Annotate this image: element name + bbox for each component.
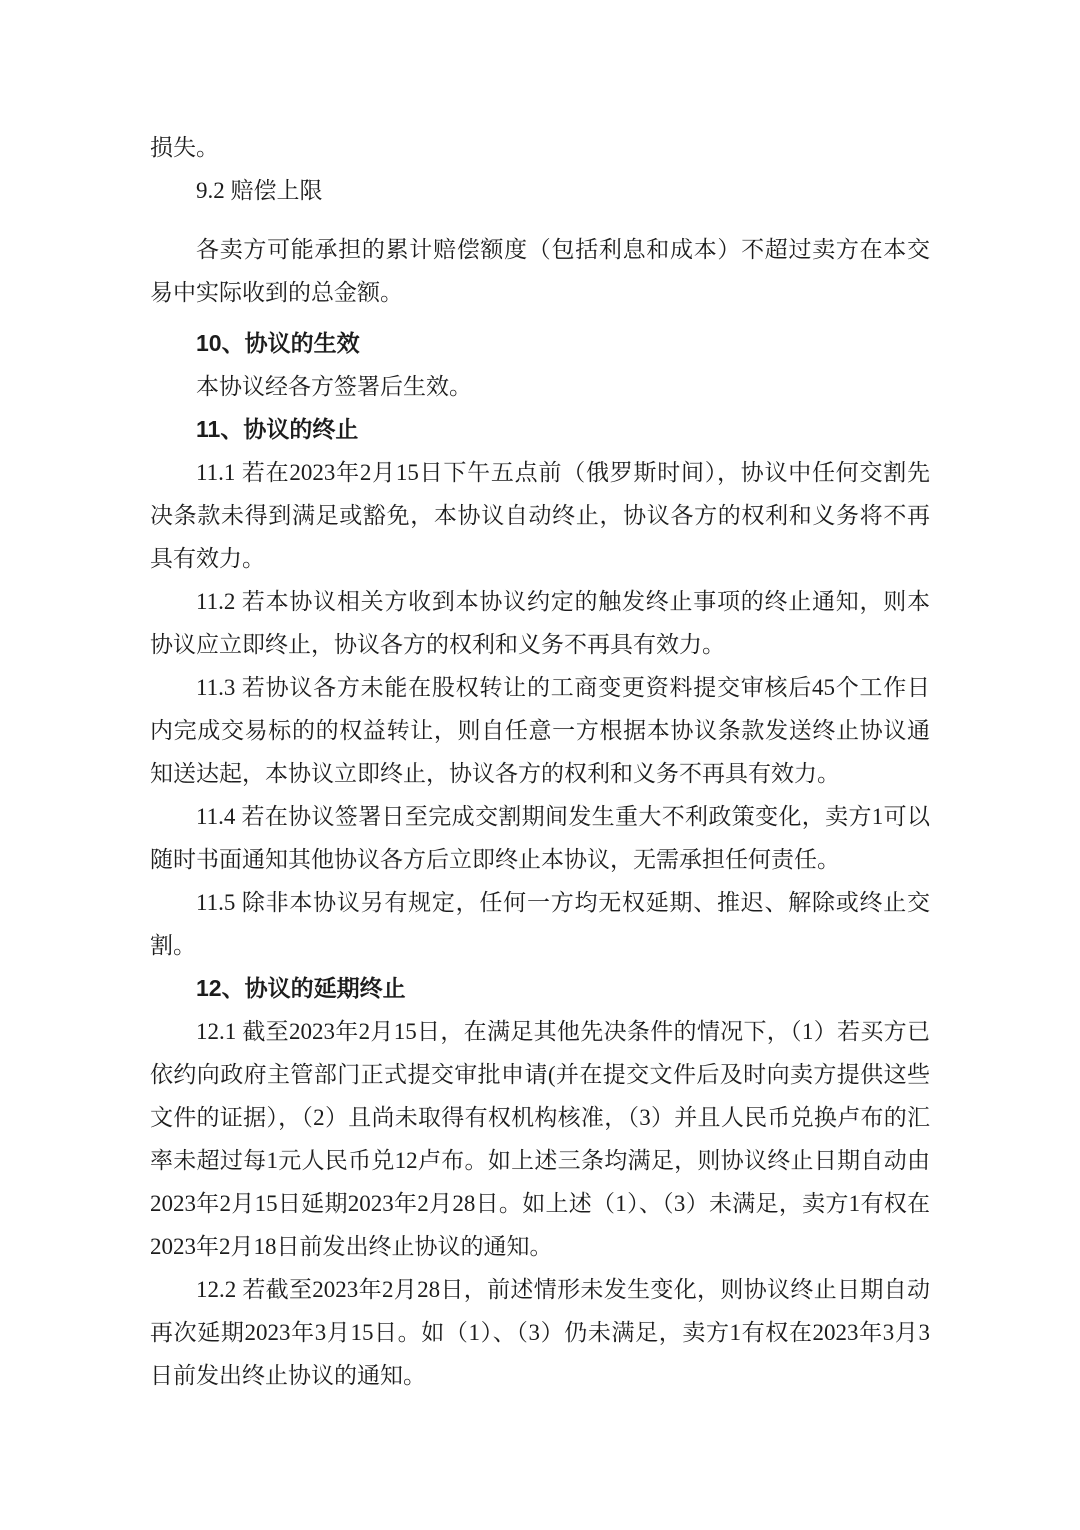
clause-11-3: 11.3 若协议各方未能在股权转让的工商变更资料提交审核后45个工作日内完成交易… bbox=[150, 666, 930, 795]
clause-11-4: 11.4 若在协议签署日至完成交割期间发生重大不利政策变化，卖方1可以随时书面通… bbox=[150, 795, 930, 881]
clause-11-5: 11.5 除非本协议另有规定，任何一方均无权延期、推迟、解除或终止交割。 bbox=[150, 881, 930, 967]
heading-11: 11、协议的终止 bbox=[150, 408, 930, 451]
heading-10: 10、协议的生效 bbox=[150, 322, 930, 365]
clause-9-2-body: 各卖方可能承担的累计赔偿额度（包括利息和成本）不超过卖方在本交易中实际收到的总金… bbox=[150, 228, 930, 314]
clause-10-body: 本协议经各方签署后生效。 bbox=[150, 365, 930, 408]
clause-11-2: 11.2 若本协议相关方收到本协议约定的触发终止事项的终止通知，则本协议应立即终… bbox=[150, 580, 930, 666]
paragraph-loss-continuation: 损失。 bbox=[150, 126, 930, 169]
clause-9-2-title: 9.2 赔偿上限 bbox=[150, 169, 930, 212]
clause-12-1: 12.1 截至2023年2月15日，在满足其他先决条件的情况下，（1）若买方已依… bbox=[150, 1010, 930, 1268]
clause-11-1: 11.1 若在2023年2月15日下午五点前（俄罗斯时间），协议中任何交割先决条… bbox=[150, 451, 930, 580]
heading-12: 12、协议的延期终止 bbox=[150, 967, 930, 1010]
document-page: 损失。9.2 赔偿上限各卖方可能承担的累计赔偿额度（包括利息和成本）不超过卖方在… bbox=[0, 0, 1080, 1530]
document-content: 损失。9.2 赔偿上限各卖方可能承担的累计赔偿额度（包括利息和成本）不超过卖方在… bbox=[0, 0, 1080, 1397]
clause-12-2: 12.2 若截至2023年2月28日，前述情形未发生变化，则协议终止日期自动再次… bbox=[150, 1268, 930, 1397]
